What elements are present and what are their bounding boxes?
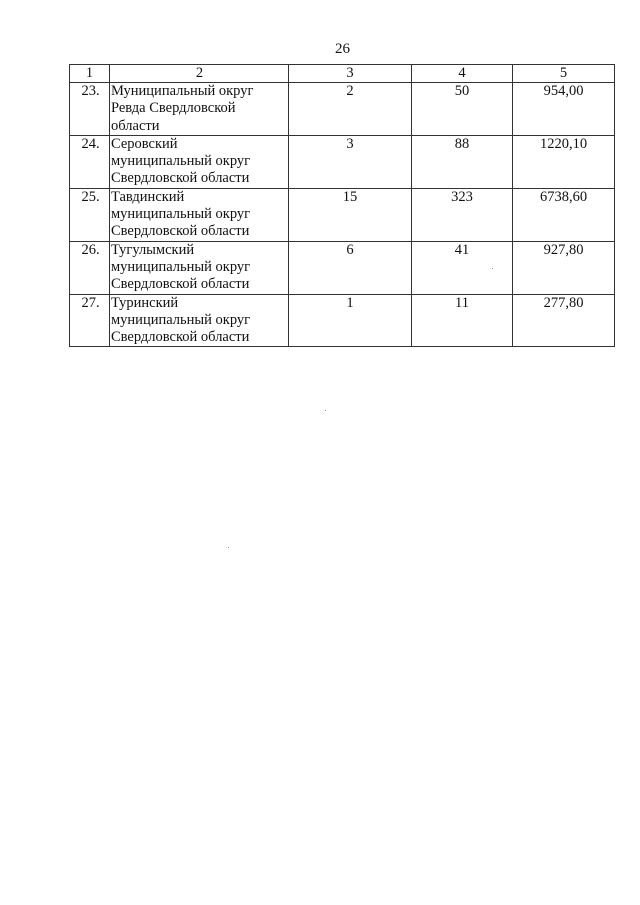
row-name: Тугулымский муниципальный округ Свердлов… xyxy=(110,241,289,294)
row-name-line: Свердловской области xyxy=(111,170,288,187)
row-col5: 954,00 xyxy=(513,83,615,136)
row-name-line: Свердловской области xyxy=(111,329,288,346)
row-col4: 88 xyxy=(412,135,513,188)
row-name-line: муниципальный округ xyxy=(111,312,288,329)
row-name-line: Серовский xyxy=(111,136,288,153)
page-number: 26 xyxy=(0,41,640,58)
row-name-line: муниципальный округ xyxy=(111,153,288,170)
row-col3: 3 xyxy=(289,135,412,188)
row-name: Муниципальный округ Ревда Свердловской о… xyxy=(110,83,289,136)
row-name-line: Туринский xyxy=(111,295,288,312)
scan-speck xyxy=(492,268,493,269)
column-header: 2 xyxy=(110,65,289,83)
table-row: 27. Туринский муниципальный округ Свердл… xyxy=(70,294,615,347)
row-name-line: Ревда Свердловской xyxy=(111,100,288,117)
table-row: 24. Серовский муниципальный округ Свердл… xyxy=(70,135,615,188)
row-col3: 6 xyxy=(289,241,412,294)
row-name: Серовский муниципальный округ Свердловск… xyxy=(110,135,289,188)
row-col3: 2 xyxy=(289,83,412,136)
row-index: 24. xyxy=(70,135,110,188)
row-name-line: муниципальный округ xyxy=(111,206,288,223)
scan-speck xyxy=(325,410,326,411)
column-header: 4 xyxy=(412,65,513,83)
row-name: Тавдинский муниципальный округ Свердловс… xyxy=(110,188,289,241)
row-col3: 1 xyxy=(289,294,412,347)
column-header: 5 xyxy=(513,65,615,83)
data-table: 1 2 3 4 5 23. Муниципальный округ Ревда … xyxy=(69,64,615,347)
column-header: 1 xyxy=(70,65,110,83)
table-row: 25. Тавдинский муниципальный округ Сверд… xyxy=(70,188,615,241)
row-col5: 927,80 xyxy=(513,241,615,294)
row-col5: 1220,10 xyxy=(513,135,615,188)
row-col3: 15 xyxy=(289,188,412,241)
row-name-line: Муниципальный округ xyxy=(111,83,288,100)
row-name-line: Свердловской области xyxy=(111,223,288,240)
table-header-row: 1 2 3 4 5 xyxy=(70,65,615,83)
row-name-line: Тугулымский xyxy=(111,242,288,259)
row-name: Туринский муниципальный округ Свердловск… xyxy=(110,294,289,347)
row-name-line: муниципальный округ xyxy=(111,259,288,276)
table-row: 26. Тугулымский муниципальный округ Свер… xyxy=(70,241,615,294)
row-index: 25. xyxy=(70,188,110,241)
row-name-line: Свердловской области xyxy=(111,276,288,293)
row-index: 27. xyxy=(70,294,110,347)
scan-speck xyxy=(228,547,229,548)
column-header: 3 xyxy=(289,65,412,83)
row-index: 23. xyxy=(70,83,110,136)
row-name-line: области xyxy=(111,118,288,135)
row-col5: 6738,60 xyxy=(513,188,615,241)
row-col4: 11 xyxy=(412,294,513,347)
row-name-line: Тавдинский xyxy=(111,189,288,206)
row-index: 26. xyxy=(70,241,110,294)
row-col4: 50 xyxy=(412,83,513,136)
row-col4: 323 xyxy=(412,188,513,241)
row-col5: 277,80 xyxy=(513,294,615,347)
row-col4: 41 xyxy=(412,241,513,294)
table-row: 23. Муниципальный округ Ревда Свердловск… xyxy=(70,83,615,136)
